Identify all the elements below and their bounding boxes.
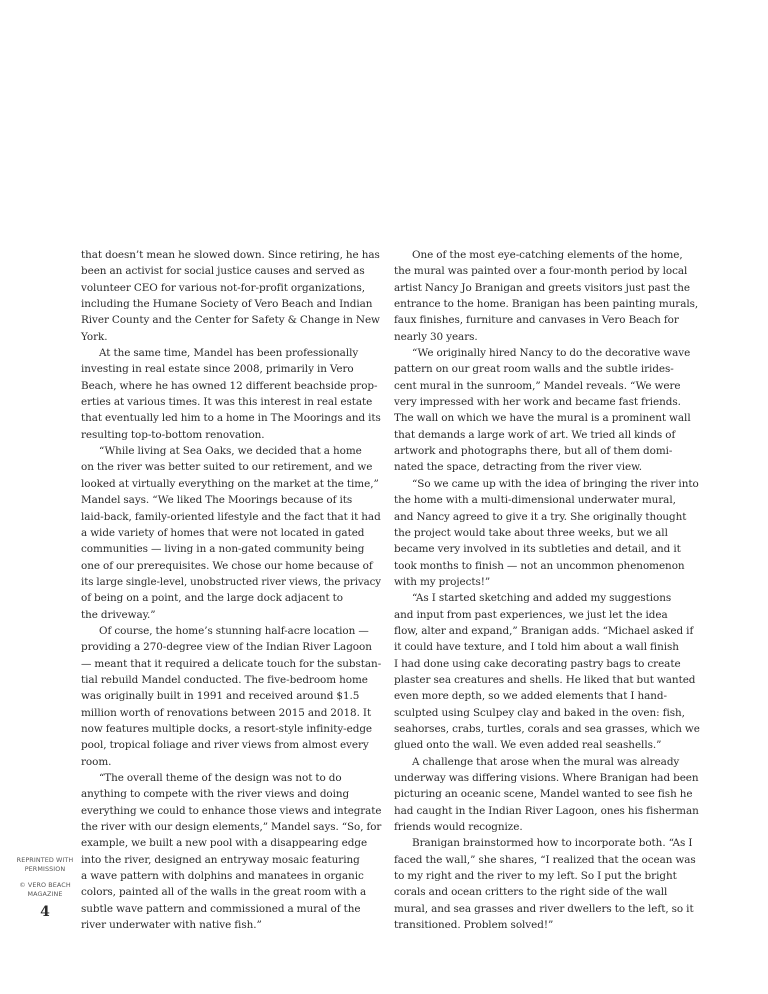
text-line: example, we built a new pool with a disa… bbox=[81, 835, 381, 851]
text-line: room. bbox=[81, 754, 381, 770]
text-line: friends would recognize. bbox=[394, 819, 700, 835]
text-line: the mural was painted over a four-month … bbox=[394, 263, 700, 279]
text-line: into the river, designed an entryway mos… bbox=[81, 852, 381, 868]
paragraph-first-line: Of course, the home’s stunning half-acre… bbox=[81, 623, 381, 639]
text-line: of being on a point, and the large dock … bbox=[81, 590, 381, 606]
text-line: flow, alter and expand,” Branigan adds. … bbox=[394, 623, 700, 639]
text-line: became very involved in its subtleties a… bbox=[394, 541, 700, 557]
text-line: that demands a large work of art. We tri… bbox=[394, 427, 700, 443]
text-line: corals and ocean critters to the right s… bbox=[394, 884, 700, 900]
text-line: the river with our design elements,” Man… bbox=[81, 819, 379, 835]
text-line: the driveway.” bbox=[81, 607, 381, 623]
text-line: was originally built in 1991 and receive… bbox=[81, 688, 381, 704]
text-line: and input from past experiences, we just… bbox=[394, 607, 700, 623]
text-line: that doesn’t mean he slowed down. Since … bbox=[81, 247, 381, 263]
text-line: the home with a multi-dimensional underw… bbox=[394, 492, 700, 508]
text-line: glued onto the wall. We even added real … bbox=[394, 737, 700, 753]
text-line: pool, tropical foliage and river views f… bbox=[81, 737, 381, 753]
paragraph-first-line: A challenge that arose when the mural wa… bbox=[394, 754, 700, 770]
copyright-line-1: © VERO BEACH bbox=[14, 881, 76, 890]
text-line: sculpted using Sculpey clay and baked in… bbox=[394, 705, 700, 721]
text-line: I had done using cake decorating pastry … bbox=[394, 656, 700, 672]
text-line: been an activist for social justice caus… bbox=[81, 263, 381, 279]
text-line: artwork and photographs there, but all o… bbox=[394, 443, 700, 459]
text-line: nated the space, detracting from the riv… bbox=[394, 459, 700, 475]
text-line: — meant that it required a delicate touc… bbox=[81, 656, 381, 672]
reprinted-notice: REPRINTED WITH PERMISSION bbox=[14, 856, 76, 873]
text-line: million worth of renovations between 201… bbox=[81, 705, 381, 721]
paragraph-first-line: Branigan brainstormed how to incorporate… bbox=[394, 835, 700, 851]
text-line: colors, painted all of the walls in the … bbox=[81, 884, 381, 900]
text-line: communities — living in a non-gated comm… bbox=[81, 541, 381, 557]
text-line: transitioned. Problem solved!” bbox=[394, 917, 700, 933]
text-line: faced the wall,” she shares, “I realized… bbox=[394, 852, 700, 868]
text-line: now features multiple docks, a resort-st… bbox=[81, 721, 381, 737]
text-line: erties at various times. It was this int… bbox=[81, 394, 381, 410]
text-line: Mandel says. “We liked The Moorings beca… bbox=[81, 492, 381, 508]
text-line: to my right and the river to my left. So… bbox=[394, 868, 700, 884]
text-line: a wave pattern with dolphins and manatee… bbox=[81, 868, 381, 884]
text-line: picturing an oceanic scene, Mandel wante… bbox=[394, 786, 700, 802]
text-line: mural, and sea grasses and river dweller… bbox=[394, 901, 700, 917]
text-line: plaster sea creatures and shells. He lik… bbox=[394, 672, 700, 688]
paragraph-first-line: “We originally hired Nancy to do the dec… bbox=[394, 345, 700, 361]
text-line: artist Nancy Jo Branigan and greets visi… bbox=[394, 280, 700, 296]
paragraph-first-line: “While living at Sea Oaks, we decided th… bbox=[81, 443, 381, 459]
paragraph-first-line: “So we came up with the idea of bringing… bbox=[394, 476, 700, 492]
paragraph-first-line: “The overall theme of the design was not… bbox=[81, 770, 381, 786]
text-line: York. bbox=[81, 329, 381, 345]
reprinted-line-2: PERMISSION bbox=[14, 865, 76, 874]
text-line: that eventually led him to a home in The… bbox=[81, 410, 380, 426]
text-line: on the river was better suited to our re… bbox=[81, 459, 381, 475]
text-line: subtle wave pattern and commissioned a m… bbox=[81, 901, 381, 917]
text-line: volunteer CEO for various not-for-profit… bbox=[81, 280, 381, 296]
text-line: pattern on our great room walls and the … bbox=[394, 361, 700, 377]
text-line: a wide variety of homes that were not lo… bbox=[81, 525, 381, 541]
text-line: tial rebuild Mandel conducted. The five-… bbox=[81, 672, 381, 688]
text-line: faux finishes, furniture and canvases in… bbox=[394, 312, 700, 328]
text-line: resulting top-to-bottom renovation. bbox=[81, 427, 381, 443]
text-line: took months to finish — not an uncommon … bbox=[394, 558, 700, 574]
text-line: River County and the Center for Safety &… bbox=[81, 312, 381, 328]
paragraph-first-line: At the same time, Mandel has been profes… bbox=[81, 345, 381, 361]
paragraph-first-line: “As I started sketching and added my sug… bbox=[394, 590, 700, 606]
text-line: laid-back, family-oriented lifestyle and… bbox=[81, 509, 381, 525]
text-line: had caught in the Indian River Lagoon, o… bbox=[394, 803, 700, 819]
text-line: looked at virtually everything on the ma… bbox=[81, 476, 381, 492]
text-line: everything we could to enhance those vie… bbox=[81, 803, 378, 819]
magazine-page: that doesn’t mean he slowed down. Since … bbox=[0, 0, 768, 994]
text-line: providing a 270-degree view of the India… bbox=[81, 639, 381, 655]
text-line: underway was differing visions. Where Br… bbox=[394, 770, 700, 786]
text-line: with my projects!” bbox=[394, 574, 700, 590]
article-column-right: One of the most eye-catching elements of… bbox=[394, 247, 700, 933]
page-number: 4 bbox=[14, 904, 76, 920]
reprinted-line-1: REPRINTED WITH bbox=[14, 856, 76, 865]
text-line: very impressed with her work and became … bbox=[394, 394, 700, 410]
text-line: nearly 30 years. bbox=[394, 329, 700, 345]
text-line: entrance to the home. Branigan has been … bbox=[394, 296, 700, 312]
text-line: its large single-level, unobstructed riv… bbox=[81, 574, 375, 590]
text-line: anything to compete with the river views… bbox=[81, 786, 381, 802]
article-column-left: that doesn’t mean he slowed down. Since … bbox=[81, 247, 381, 933]
text-line: cent mural in the sunroom,” Mandel revea… bbox=[394, 378, 700, 394]
text-line: even more depth, so we added elements th… bbox=[394, 688, 700, 704]
text-line: Beach, where he has owned 12 different b… bbox=[81, 378, 381, 394]
paragraph-first-line: One of the most eye-catching elements of… bbox=[394, 247, 700, 263]
text-line: river underwater with native fish.” bbox=[81, 917, 381, 933]
text-line: The wall on which we have the mural is a… bbox=[394, 410, 700, 426]
text-line: it could have texture, and I told him ab… bbox=[394, 639, 700, 655]
text-line: seahorses, crabs, turtles, corals and se… bbox=[394, 721, 699, 737]
text-line: one of our prerequisites. We chose our h… bbox=[81, 558, 381, 574]
text-line: and Nancy agreed to give it a try. She o… bbox=[394, 509, 700, 525]
copyright-notice: © VERO BEACH MAGAZINE bbox=[14, 881, 76, 898]
text-line: investing in real estate since 2008, pri… bbox=[81, 361, 381, 377]
text-line: including the Humane Society of Vero Bea… bbox=[81, 296, 381, 312]
text-line: the project would take about three weeks… bbox=[394, 525, 700, 541]
copyright-line-2: MAGAZINE bbox=[14, 890, 76, 899]
